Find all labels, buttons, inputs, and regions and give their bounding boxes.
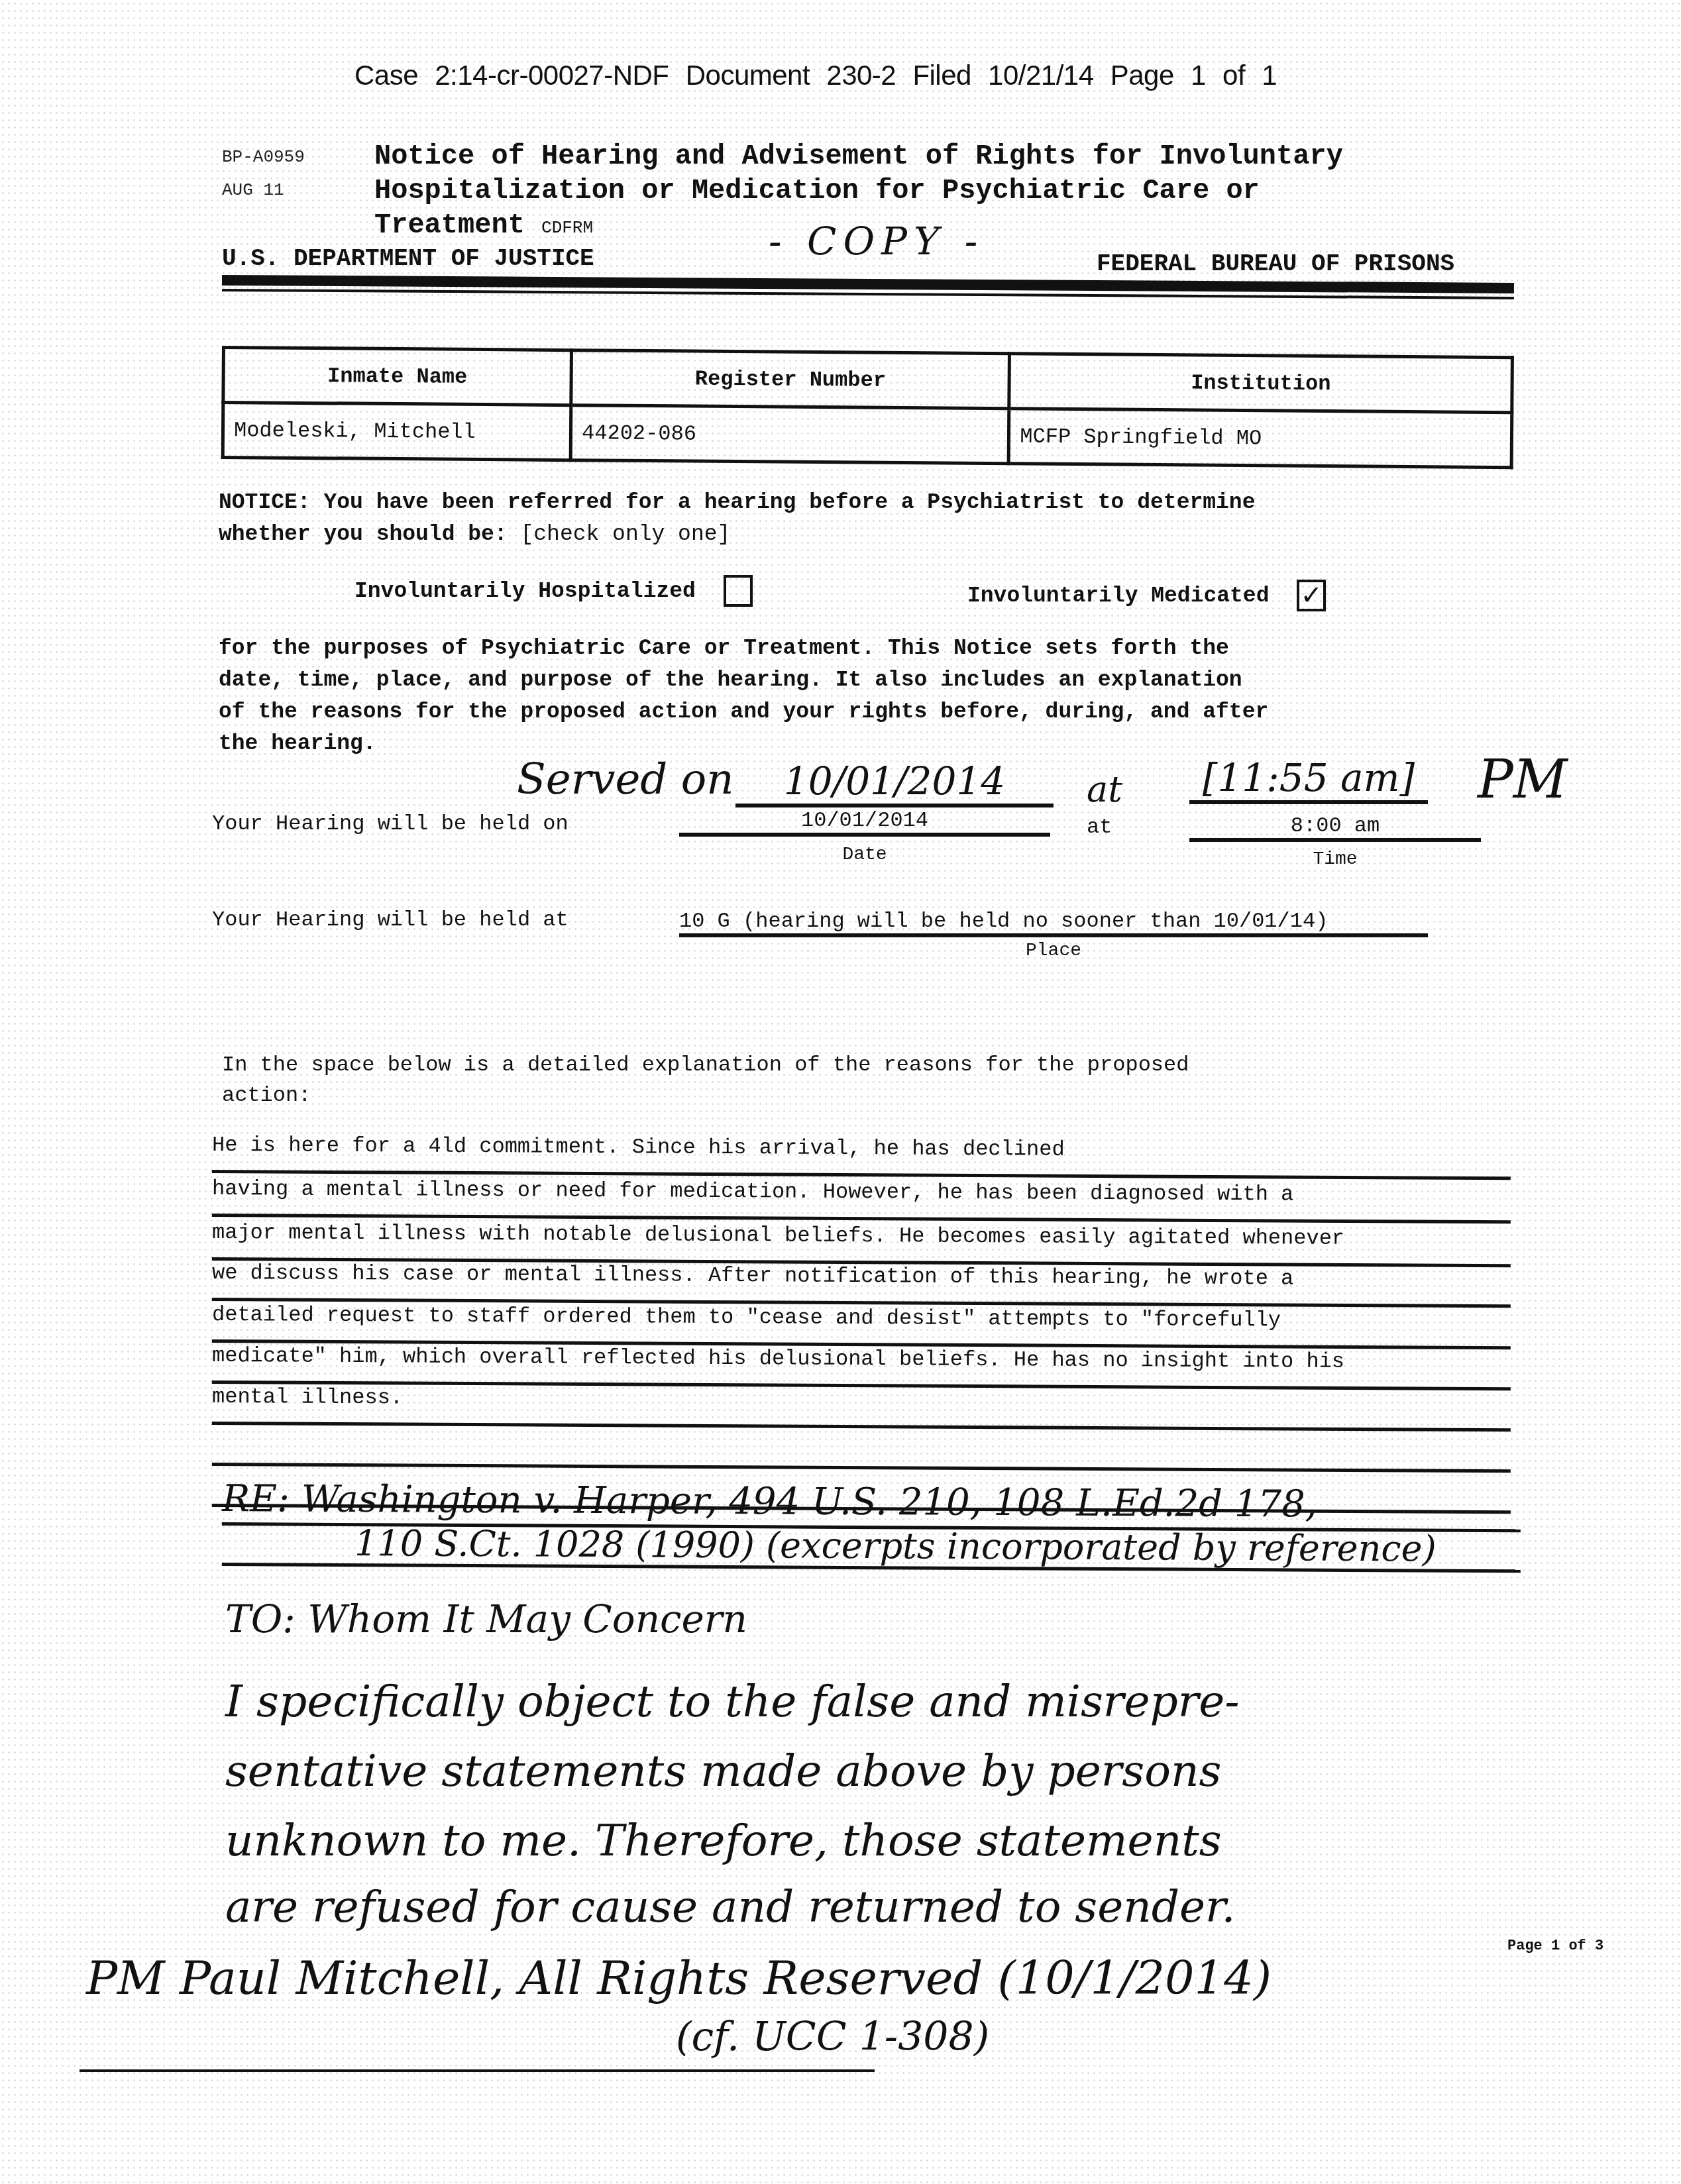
handwritten-citation: (cf. UCC 1-308) xyxy=(676,2014,989,2060)
handwritten-body-line-3: unknown to me. Therefore, those statemen… xyxy=(225,1815,1222,1866)
scanned-page: Case 2:14-cr-00027-NDF Document 230-2 Fi… xyxy=(0,0,1681,2184)
option-medicated[interactable]: Involuntarily Medicated ✓ xyxy=(967,580,1326,611)
notice-line-2: whether you should be: [check only one] xyxy=(219,519,1511,550)
agency-department: U.S. DEPARTMENT OF JUSTICE xyxy=(222,245,594,272)
hearing-date-field[interactable]: 10/01/2014 xyxy=(679,808,1050,837)
hearing-date-caption: Date xyxy=(679,845,1050,865)
form-title-line-1: Notice of Hearing and Advisement of Righ… xyxy=(374,139,1435,174)
hearing-time-field[interactable]: 8:00 am xyxy=(1189,813,1481,842)
handwritten-body-line-2: sentative statements made above by perso… xyxy=(225,1745,1221,1796)
handwritten-body-line-1: I specifically object to the false and m… xyxy=(225,1676,1240,1727)
agency-bureau: FEDERAL BUREAU OF PRISONS xyxy=(1097,250,1454,278)
served-at-label: at xyxy=(1087,768,1122,810)
notice-line-1: NOTICE: You have been referred for a hea… xyxy=(219,487,1511,519)
inmate-info-table: Inmate Name Register Number Institution … xyxy=(221,346,1514,469)
option-medicated-label: Involuntarily Medicated xyxy=(967,584,1269,608)
purpose-line-3: of the reasons for the proposed action a… xyxy=(219,696,1511,728)
header-inmate-name: Inmate Name xyxy=(223,348,572,405)
purpose-line-1: for the purposes of Psychiatric Care or … xyxy=(219,633,1511,664)
notice-instruction: [check only one] xyxy=(520,522,730,546)
hearing-time-caption: Time xyxy=(1189,849,1481,870)
explanation-intro: In the space below is a detailed explana… xyxy=(222,1050,1189,1111)
explanation-intro-line-1: In the space below is a detailed explana… xyxy=(222,1050,1189,1080)
document-number: Document 230-2 xyxy=(686,60,896,91)
option-hospitalized-label: Involuntarily Hospitalized xyxy=(354,579,696,603)
copy-stamp: - COPY - xyxy=(769,219,984,264)
hearing-at-label: at xyxy=(1087,815,1112,839)
hospitalized-checkbox[interactable] xyxy=(724,575,753,607)
form-title-line-2: Hospitalization or Medication for Psychi… xyxy=(374,174,1435,208)
form-title-treatment: Treatment xyxy=(374,209,525,241)
cell-inmate-name: Modeleski, Mitchell xyxy=(223,403,571,460)
form-number: BP-A0959 xyxy=(222,147,305,167)
header-institution: Institution xyxy=(1009,354,1512,413)
purpose-line-2: date, time, place, and purpose of the he… xyxy=(219,664,1511,696)
form-title-suffix: CDFRM xyxy=(541,218,593,238)
explanation-intro-line-2: action: xyxy=(222,1080,1189,1111)
notice-question: whether you should be: xyxy=(219,522,508,546)
option-hospitalized[interactable]: Involuntarily Hospitalized xyxy=(354,575,753,607)
served-initials: PM xyxy=(1478,749,1568,810)
handwritten-re-line-2: 110 S.Ct. 1028 (1990) (excerpts incorpor… xyxy=(222,1522,1521,1573)
served-date: 10/01/2014 xyxy=(735,758,1054,807)
cell-register-number: 44202-086 xyxy=(570,405,1009,464)
served-on-label: Served on xyxy=(517,755,733,804)
notice-paragraph: NOTICE: You have been referred for a hea… xyxy=(219,487,1511,550)
handwritten-to-line: TO: Whom It May Concern xyxy=(225,1596,747,1641)
hearing-place-field[interactable]: 10 G (hearing will be held no sooner tha… xyxy=(679,909,1428,937)
filed-date: Filed 10/21/14 xyxy=(912,60,1093,91)
hearing-date-label: Your Hearing will be held on xyxy=(212,811,569,836)
medicated-checkbox-checked[interactable]: ✓ xyxy=(1297,580,1326,611)
form-revision-date: AUG 11 xyxy=(222,180,284,200)
hearing-place-caption: Place xyxy=(679,941,1428,961)
purpose-paragraph: for the purposes of Psychiatric Care or … xyxy=(219,633,1511,760)
table-row: Modeleski, Mitchell 44202-086 MCFP Sprin… xyxy=(223,403,1512,468)
cell-institution: MCFP Springfield MO xyxy=(1009,409,1512,468)
case-number: Case 2:14-cr-00027-NDF xyxy=(354,60,669,91)
page-counter: Page 1 of 3 xyxy=(1507,1938,1603,1954)
hearing-place-label: Your Hearing will be held at xyxy=(212,908,569,932)
header-register-number: Register Number xyxy=(571,350,1010,409)
served-time: [11:55 am] xyxy=(1189,755,1428,804)
handwritten-signature: PM Paul Mitchell, All Rights Reserved (1… xyxy=(86,1951,1272,2005)
page-indicator: Page 1 of 1 xyxy=(1111,60,1277,91)
handwritten-body-line-4: are refused for cause and returned to se… xyxy=(225,1881,1235,1932)
court-filing-header: Case 2:14-cr-00027-NDF Document 230-2 Fi… xyxy=(354,60,1277,91)
table-header-row: Inmate Name Register Number Institution xyxy=(223,348,1513,413)
bottom-rule xyxy=(80,2069,875,2072)
